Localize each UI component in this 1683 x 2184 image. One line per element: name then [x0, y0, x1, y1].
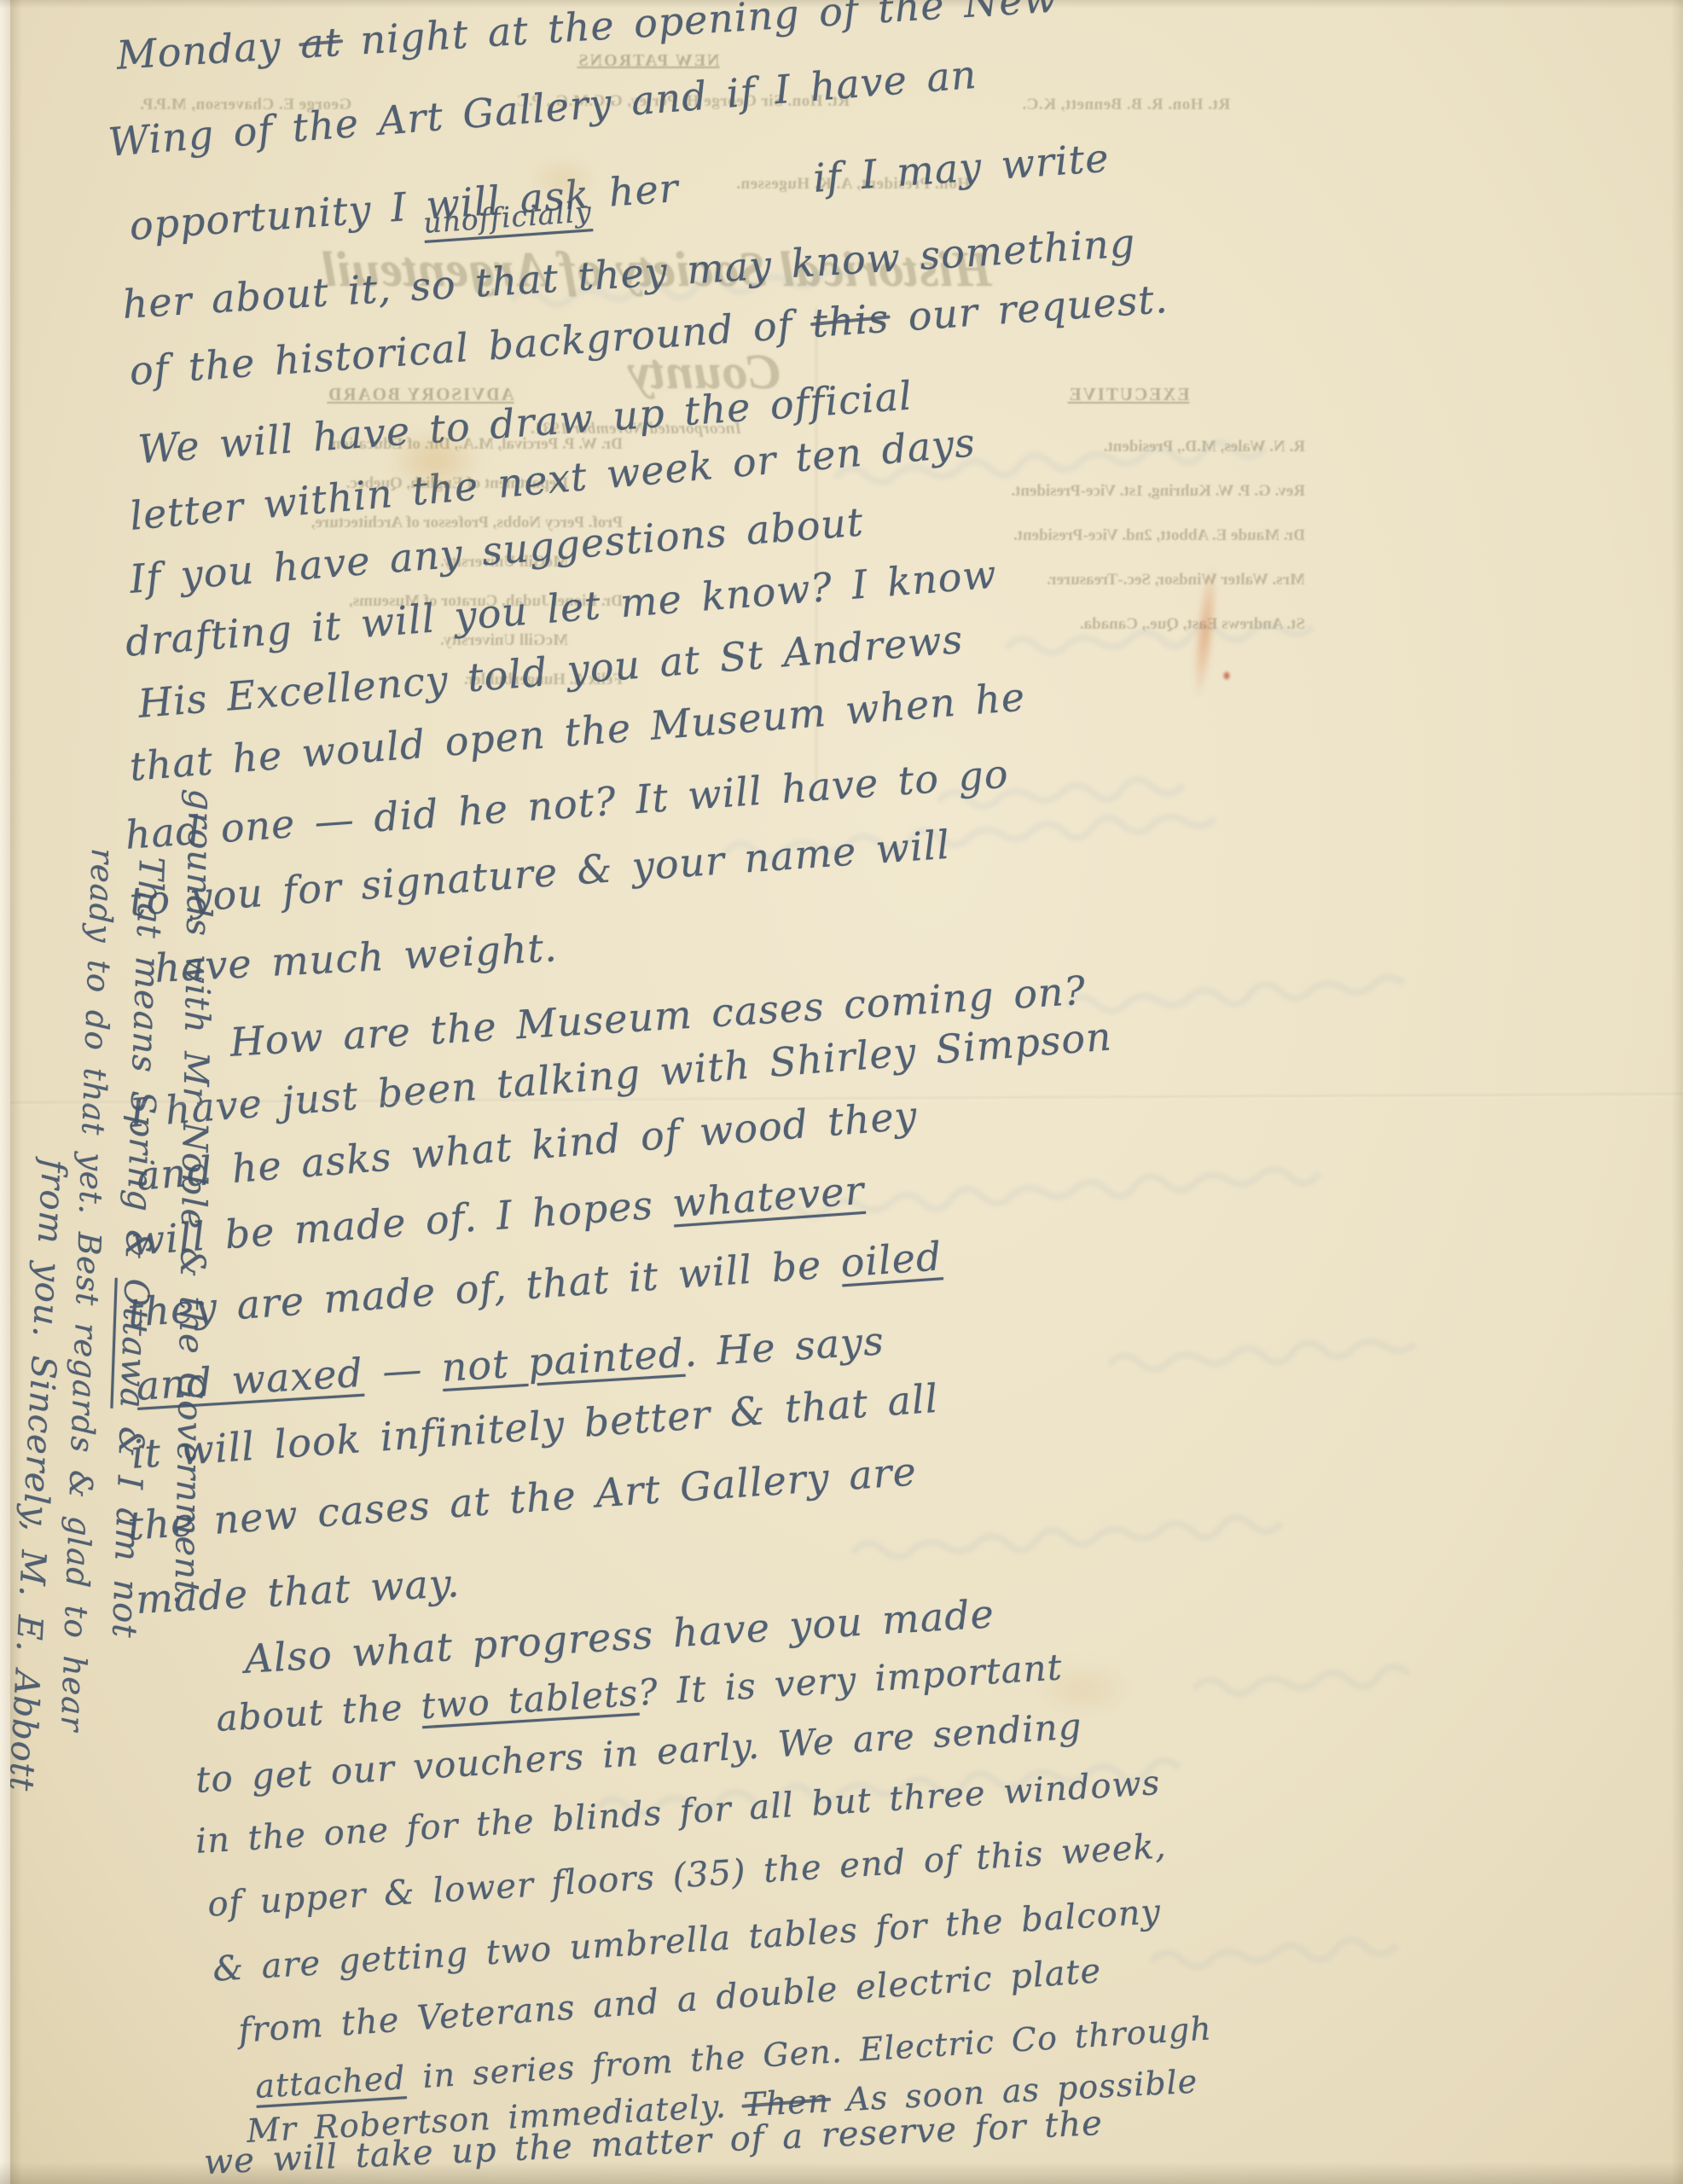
letter-page: NEW PATRONS Rt. Hon. R. B. Bennett, K.C.… [0, 0, 1683, 2184]
handwriting-layer: Monday at night at the opening of the Ne… [0, 0, 1683, 2184]
paper-crease [815, 307, 818, 785]
scan-edge [1671, 0, 1683, 2184]
scan-edge [0, 0, 10, 2184]
scan-edge-shadow [10, 0, 22, 2184]
scan-edge [0, 2162, 1683, 2184]
scan-edge [0, 0, 1683, 9]
